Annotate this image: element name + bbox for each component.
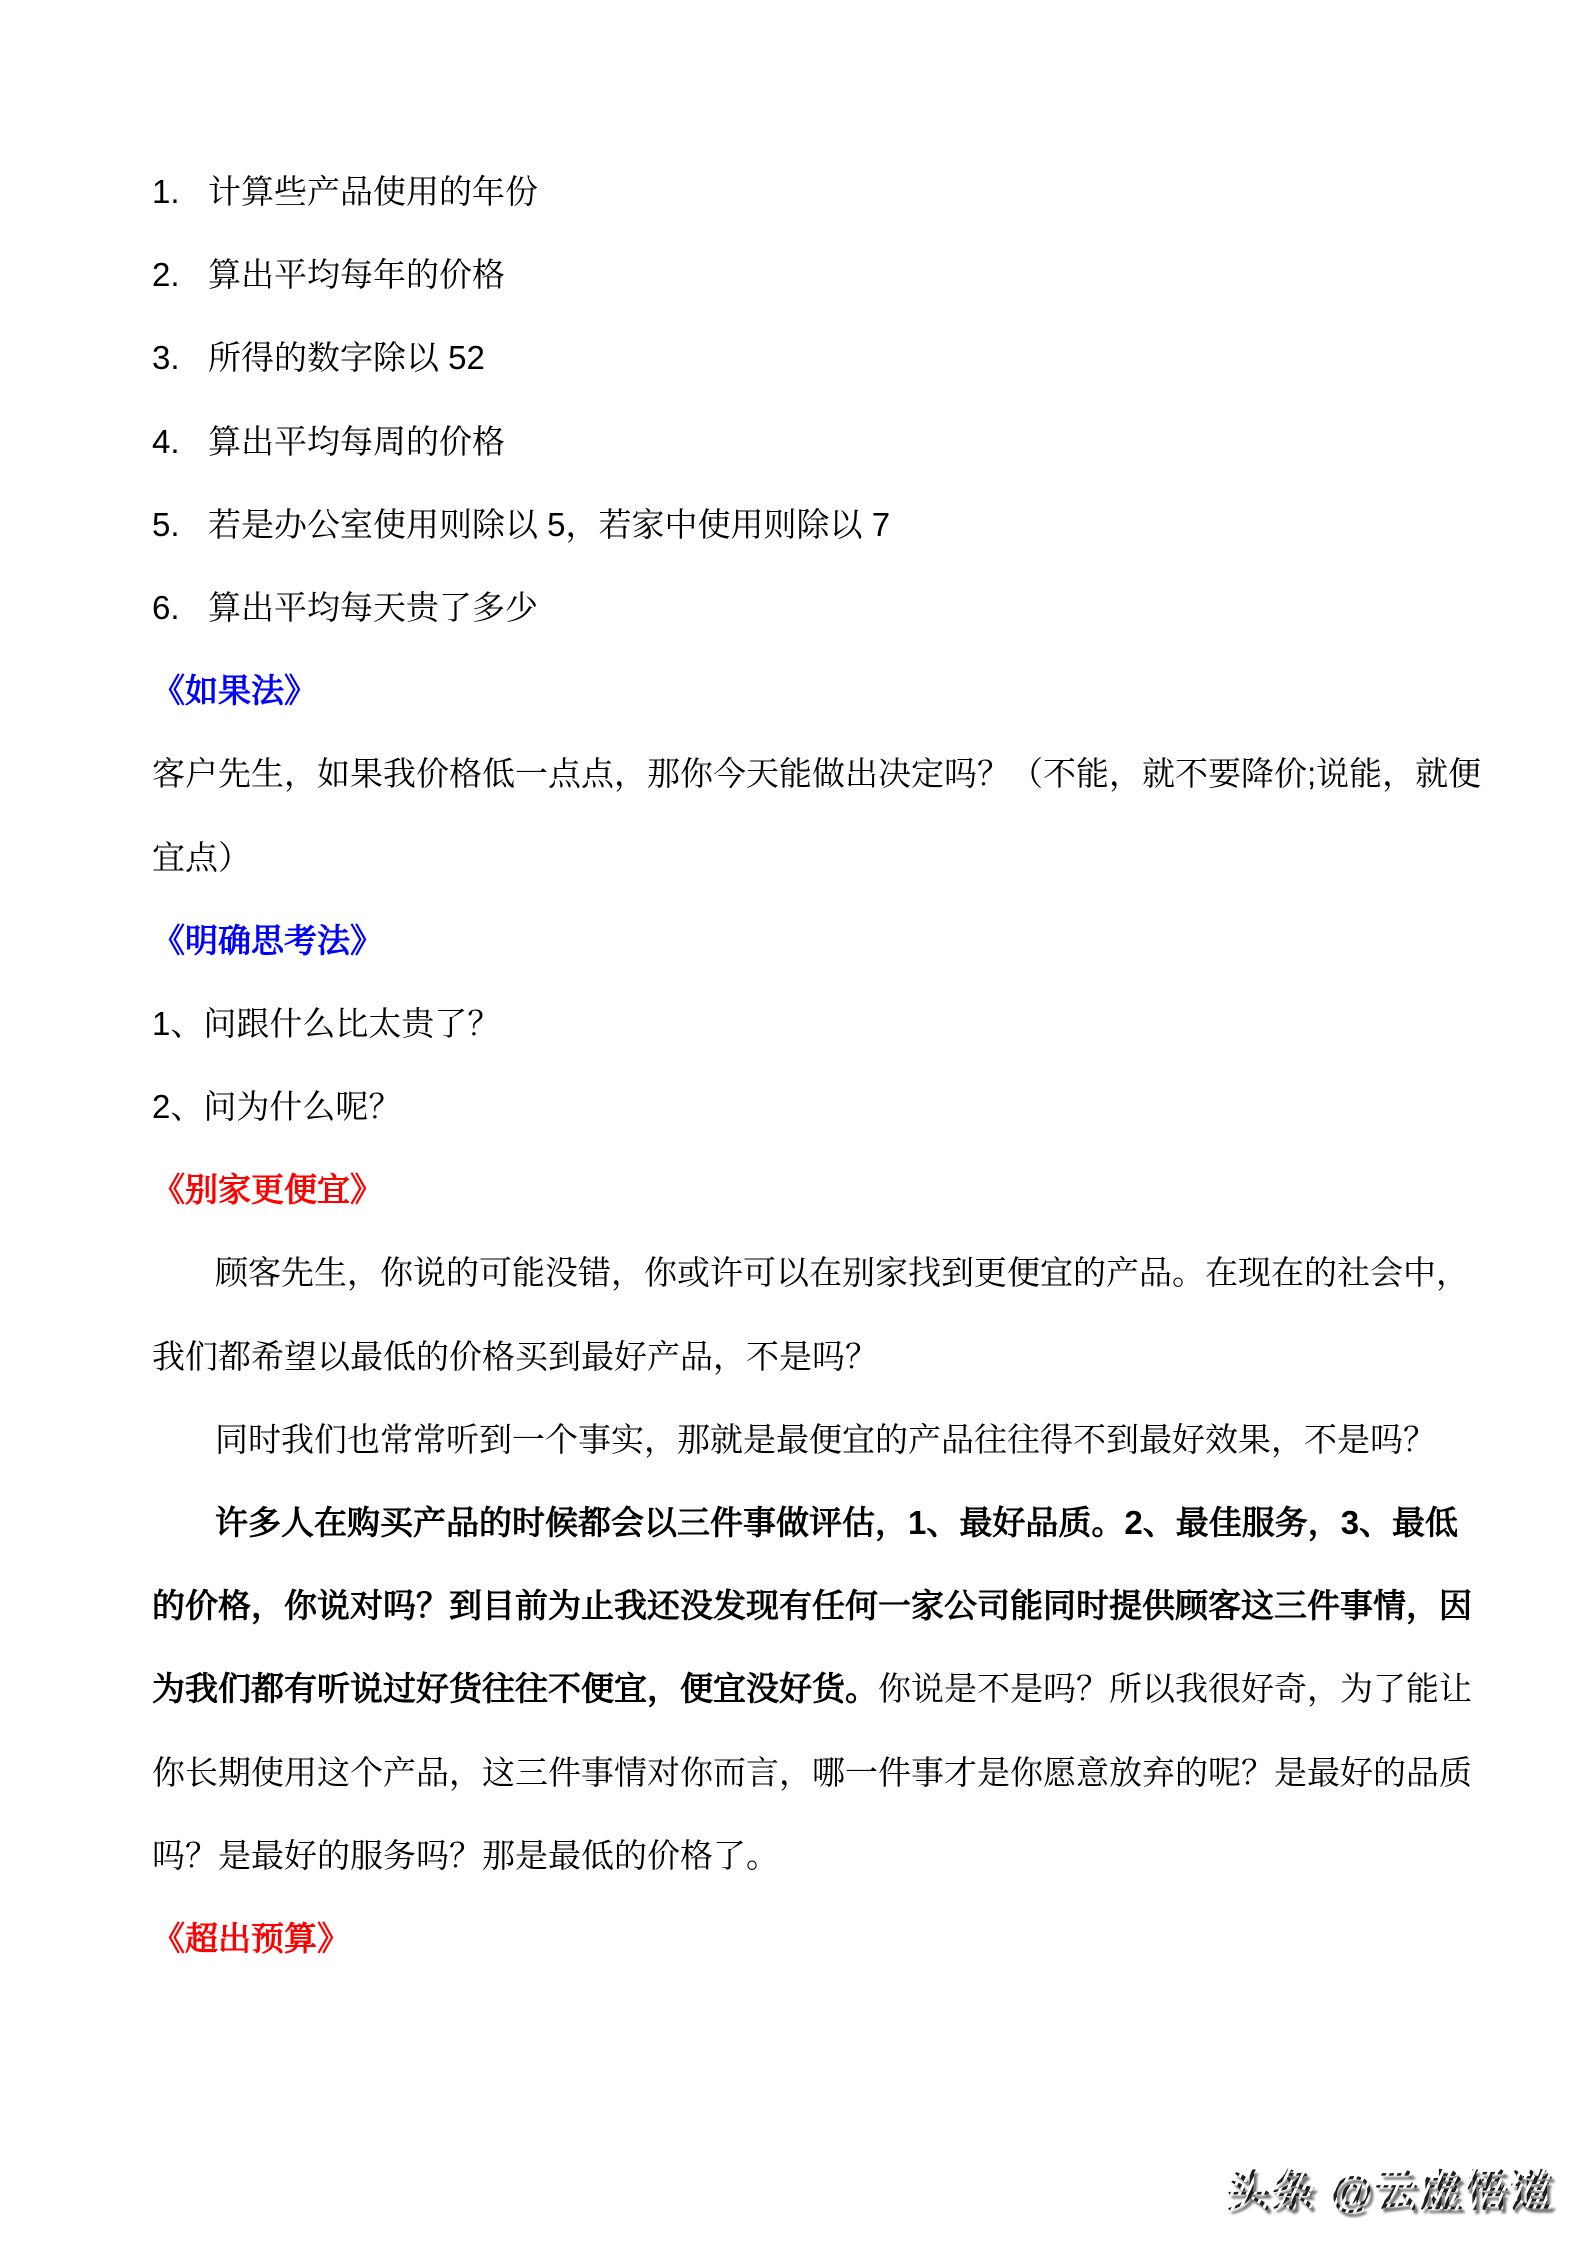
paragraph-line: 1、问跟什么比太贵了？ <box>152 982 1542 1065</box>
paragraph-line: 顾客先生，你说的可能没错，你或许可以在别家找到更便宜的产品。在现在的社会中， <box>152 1231 1542 1314</box>
list-item: 4.算出平均每周的价格 <box>152 400 1542 483</box>
list-text: 若是办公室使用则除以 5，若家中使用则除以 7 <box>208 506 890 543</box>
section-heading: 《明确思考法》 <box>152 899 1542 982</box>
list-item: 3.所得的数字除以 52 <box>152 316 1542 399</box>
paragraph-line: 客户先生，如果我价格低一点点，那你今天能做出决定吗？（不能，就不要降价;说能，就… <box>152 732 1542 815</box>
list-item: 6.算出平均每天贵了多少 <box>152 566 1542 649</box>
section-heading: 《超出预算》 <box>152 1897 1542 1980</box>
list-text: 所得的数字除以 52 <box>208 339 485 376</box>
list-item: 2.算出平均每年的价格 <box>152 233 1542 316</box>
text-segment: 你说是不是吗？所以我很好奇，为了能让 <box>878 1670 1472 1707</box>
section-heading: 《别家更便宜》 <box>152 1148 1542 1231</box>
list-number: 3. <box>152 316 208 399</box>
paragraph-line: 同时我们也常常听到一个事实，那就是最便宜的产品往往得不到最好效果，不是吗？ <box>152 1398 1542 1481</box>
list-number: 1. <box>152 150 208 233</box>
paragraph-line: 宜点） <box>152 816 1542 899</box>
paragraph-line: 为我们都有听说过好货往往不便宜，便宜没好货。你说是不是吗？所以我很好奇，为了能让 <box>152 1647 1542 1730</box>
paragraph-line: 吗？是最好的服务吗？那是最低的价格了。 <box>152 1814 1542 1897</box>
list-text: 算出平均每年的价格 <box>208 256 505 293</box>
paragraph-line: 你长期使用这个产品，这三件事情对你而言，哪一件事才是你愿意放弃的呢？是最好的品质 <box>152 1731 1542 1814</box>
paragraph-line: 许多人在购买产品的时候都会以三件事做评估，1、最好品质。2、最佳服务，3、最低 <box>152 1481 1542 1564</box>
bold-text-segment: 为我们都有听说过好货往往不便宜，便宜没好货。 <box>152 1670 878 1707</box>
list-item: 1.计算些产品使用的年份 <box>152 150 1542 233</box>
list-item: 5.若是办公室使用则除以 5，若家中使用则除以 7 <box>152 483 1542 566</box>
list-number: 2. <box>152 233 208 316</box>
paragraph-line: 的价格，你说对吗？到目前为止我还没发现有任何一家公司能同时提供顾客这三件事情，因 <box>152 1564 1542 1647</box>
watermark: 头条 @云虚悟道 <box>1227 2158 1555 2219</box>
list-number: 5. <box>152 483 208 566</box>
document-body: 1.计算些产品使用的年份2.算出平均每年的价格3.所得的数字除以 524.算出平… <box>152 150 1542 1980</box>
paragraph-line: 我们都希望以最低的价格买到最好产品，不是吗？ <box>152 1315 1542 1398</box>
paragraph-line: 2、问为什么呢？ <box>152 1065 1542 1148</box>
list-number: 4. <box>152 400 208 483</box>
list-text: 算出平均每周的价格 <box>208 423 505 460</box>
list-text: 算出平均每天贵了多少 <box>208 589 538 626</box>
document-page: 1.计算些产品使用的年份2.算出平均每年的价格3.所得的数字除以 524.算出平… <box>0 0 1587 2245</box>
list-number: 6. <box>152 566 208 649</box>
section-heading: 《如果法》 <box>152 649 1542 732</box>
list-text: 计算些产品使用的年份 <box>208 173 538 210</box>
